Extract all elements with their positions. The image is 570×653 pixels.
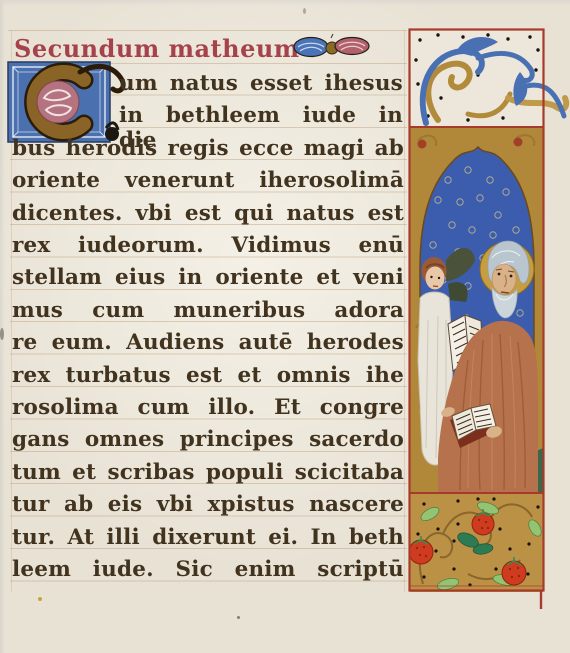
text-line: rex turbatus est et omnis ihe <box>12 363 404 396</box>
paint-speck <box>38 597 42 601</box>
text-line: gans omnes principes sacerdo <box>12 427 404 460</box>
text-line: stellam eius in oriente et veni <box>12 265 404 298</box>
text-line: in bethleem iude in die <box>119 103 403 136</box>
ruling-line <box>8 30 407 31</box>
text-line: rex iudeorum. Vidimus enū <box>12 233 404 266</box>
matthew-face <box>492 264 516 294</box>
manuscript-page: Secundum matheum . C um n <box>0 0 570 653</box>
text-line: re eum. Audiens autē herodes <box>12 330 404 363</box>
text-line: dicentes. vbi est qui natus est <box>12 201 404 234</box>
text-line: tum et scribas populi scicitaba <box>12 460 404 493</box>
text-line: leem iude. Sic enim scriptū <box>12 557 404 590</box>
text-line: tur. At illi dixerunt ei. In beth <box>12 525 404 558</box>
text-line: um natus esset ihesus <box>119 71 403 104</box>
text-line: bus herodis regis ecce magi ab <box>12 136 404 169</box>
ink-speck <box>303 8 306 14</box>
ruling-line <box>404 30 405 592</box>
illuminated-border-panel <box>408 28 570 612</box>
text-line: tur ab eis vbi xpistus nascere <box>12 492 404 525</box>
ink-smudge <box>0 328 4 340</box>
text-line: rosolima cum illo. Et congre <box>12 395 404 428</box>
line-filler-ornament <box>292 33 374 63</box>
text-line: mus cum muneribus adora <box>12 298 404 331</box>
text-line: oriente venerunt iherosolimā <box>12 168 404 201</box>
ink-speck <box>237 616 240 619</box>
